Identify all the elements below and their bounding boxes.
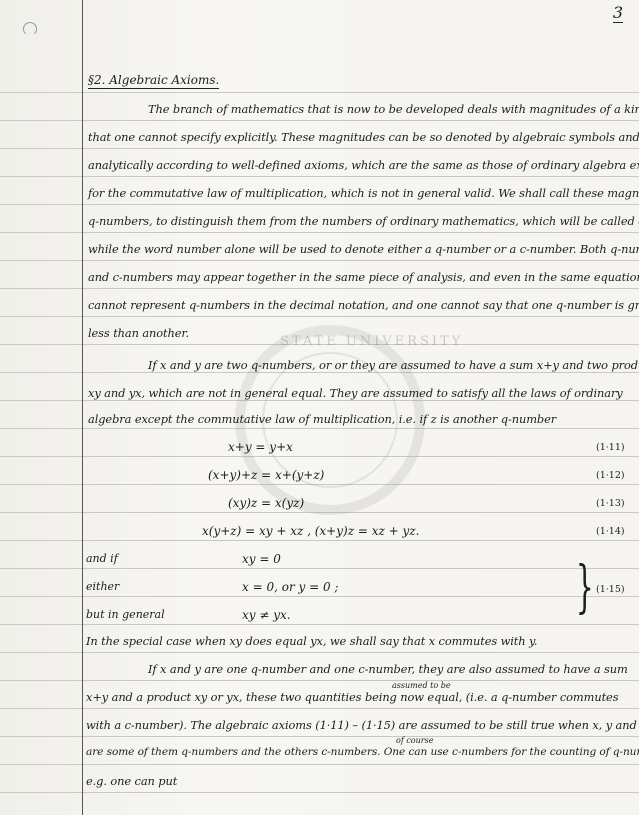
text-line: The branch of mathematics that is now to… <box>148 102 639 116</box>
ruled-line <box>0 708 639 709</box>
equation-side-label: either <box>86 580 119 593</box>
equation-number: (1·12) <box>596 470 625 481</box>
equation: (x+y)+z = x+(y+z) <box>208 468 324 482</box>
text-line: with a c-number). The algebraic axioms (… <box>86 718 639 732</box>
equation-side-label: and if <box>86 552 118 565</box>
text-line: In the special case when xy does equal y… <box>86 634 537 648</box>
ruled-line <box>0 232 639 233</box>
equation: x = 0, or y = 0 ; <box>242 580 338 594</box>
ruled-line <box>0 204 639 205</box>
ruled-line <box>0 288 639 289</box>
inserted-text: of course <box>396 736 433 745</box>
ruled-line <box>0 680 639 681</box>
ruled-line <box>0 120 639 121</box>
equation: x(y+z) = xy + xz , (x+y)z = xz + yz. <box>202 524 419 538</box>
ruled-line <box>0 792 639 793</box>
text-line: If x and y are one q-number and one c-nu… <box>148 662 628 676</box>
equation-number: (1·11) <box>596 442 625 453</box>
ruled-line <box>0 92 639 93</box>
watermark-text: STATE UNIVERSITY <box>280 334 463 349</box>
text-line: algebra except the commutative law of mu… <box>88 412 556 426</box>
margin-line <box>82 0 83 815</box>
ruled-line <box>0 176 639 177</box>
text-line: are some of them q-numbers and the other… <box>86 746 639 758</box>
notebook-page: STATE UNIVERSITY 3 §2. Algebraic Axioms.… <box>0 0 639 815</box>
text-line: e.g. one can put <box>86 774 177 788</box>
ruled-line <box>0 596 639 597</box>
equation-number: (1·15) <box>596 584 625 595</box>
text-line: and c-numbers may appear together in the… <box>88 270 639 284</box>
equation-number: (1·14) <box>596 526 625 537</box>
ruled-line <box>0 764 639 765</box>
text-line: If x and y are two q-numbers, or or they… <box>148 358 639 372</box>
text-line: that one cannot specify explicitly. Thes… <box>88 130 639 144</box>
ruled-line <box>0 540 639 541</box>
text-line: less than another. <box>88 326 189 340</box>
text-line: analytically according to well-defined a… <box>88 158 639 172</box>
ruled-line <box>0 148 639 149</box>
equation: xy = 0 <box>242 552 281 566</box>
page-number: 3 <box>613 4 623 23</box>
punch-hole <box>23 22 37 36</box>
equation-number: (1·13) <box>596 498 625 509</box>
ruled-line <box>0 736 639 737</box>
text-line: cannot represent q-numbers in the decima… <box>88 298 639 312</box>
ruled-line <box>0 568 639 569</box>
equation: x+y = y+x <box>228 440 293 454</box>
ruled-line <box>0 316 639 317</box>
text-line: x+y and a product xy or yx, these two qu… <box>86 690 618 704</box>
equation: xy ≠ yx. <box>242 608 291 622</box>
brace: } <box>576 560 594 616</box>
equation: (xy)z = x(yz) <box>228 496 304 510</box>
text-line: while the word number alone will be used… <box>88 242 639 256</box>
equation-side-label: but in general <box>86 608 165 621</box>
section-heading: §2. Algebraic Axioms. <box>88 73 219 89</box>
text-line: xy and yx, which are not in general equa… <box>88 386 623 400</box>
ruled-line <box>0 624 639 625</box>
inserted-text: assumed to be <box>392 681 451 690</box>
text-line: for the commutative law of multiplicatio… <box>88 186 639 200</box>
ruled-line <box>0 652 639 653</box>
text-line: q-numbers, to distinguish them from the … <box>88 214 639 228</box>
ruled-line <box>0 260 639 261</box>
